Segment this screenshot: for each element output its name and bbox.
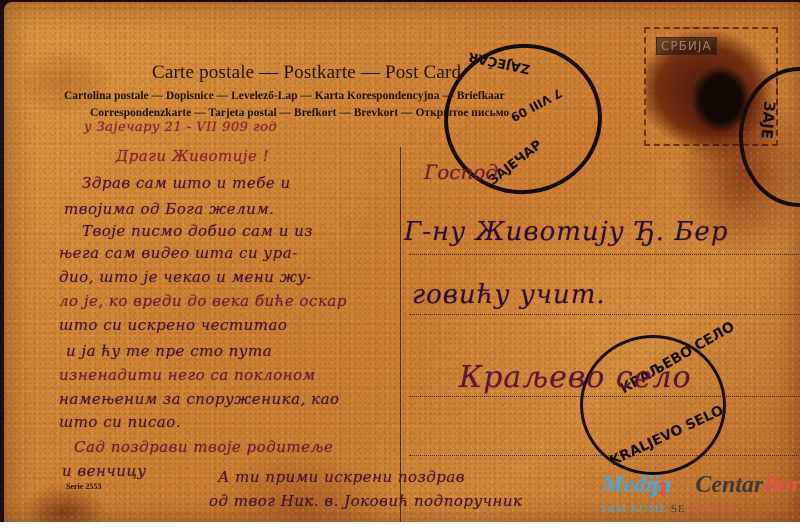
people-icon — [649, 480, 669, 500]
message-line: што си искрено честитао — [59, 316, 287, 334]
message-line: Драги Животије ! — [116, 147, 269, 165]
postcard-subtitle-line1: Cartolina postale — Dopisnice — Levelező… — [64, 90, 505, 102]
watermark-part-2: Centar — [695, 472, 763, 498]
message-line: Сад поздрави твоје родитеље — [74, 438, 333, 456]
message-line: ло је, ко вреди до века биће оскар — [59, 292, 347, 310]
address-line-name: Г-ну Животију Ђ. Бер — [404, 217, 728, 247]
watermark-logo: MedijaCentarBor — [602, 472, 800, 499]
address-line — [409, 254, 799, 255]
message-line: у Зајечару 21 - VII 909 год — [84, 120, 277, 135]
message-line: што си писао. — [59, 413, 181, 431]
message-line: њега сам видео шта си ура- — [59, 244, 298, 262]
watermark-tagline: SAM KOME SE VERUJE — [600, 503, 736, 515]
postcard: Carte postale — Postkarte — Post Card Ca… — [4, 2, 800, 524]
message-line: Здрав сам што и тебе и — [82, 174, 291, 192]
address-salutation: Господ — [424, 160, 498, 184]
postmark-top-text: ZAJEČAR — [467, 48, 532, 76]
address-line-town: Краљево село — [459, 360, 692, 395]
postmark-kraljevo-selo: КРАЉЕВО СЕЛО KRALJEVO SELO — [580, 335, 726, 475]
address-line-name-cont: говићу учит. — [412, 280, 606, 310]
card-divider — [400, 147, 401, 522]
message-line: намењеним за споруженика, као — [59, 390, 340, 408]
message-line: твојима од Бога желим. — [64, 200, 274, 218]
postcard-title: Carte postale — Postkarte — Post Card — [152, 62, 461, 84]
message-line: изненадити него са поклоном — [59, 366, 316, 384]
address-line — [409, 314, 799, 315]
message-line: дио, што је чекао и мени жу- — [59, 268, 312, 286]
message-line: А ти прими искрени поздрав — [218, 468, 465, 486]
watermark-part-3: Bor — [763, 472, 800, 498]
message-line: од твог Ник. в. Јоковић подпоручник — [209, 492, 523, 510]
postmark-date: 7 VIII 09 — [508, 86, 564, 125]
stamp-country-label: СРБИЈА — [656, 37, 717, 55]
image-border — [0, 522, 800, 529]
message-line: и венчицу — [62, 462, 147, 480]
serie-number: Serie 2553 — [66, 482, 101, 491]
postmark-partial-text: ЗАЈЕ — [757, 100, 778, 140]
message-line: Твоје писмо добио сам и из — [82, 222, 313, 240]
message-line: и ја ћу те пре сто пута — [66, 342, 272, 360]
